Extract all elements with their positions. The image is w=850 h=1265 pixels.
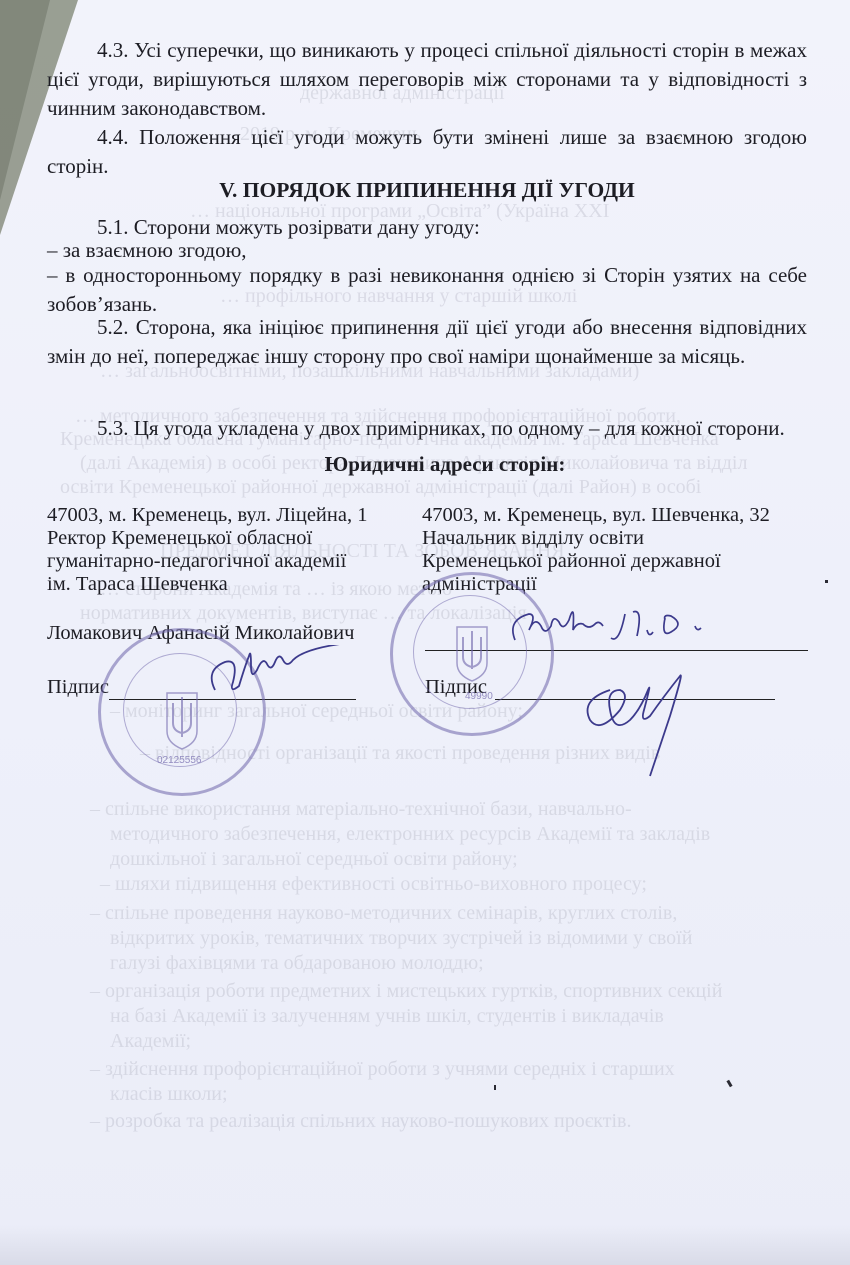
party-left-details: 47003, м. Кременець, вул. Ліцейна, 1 Рек… xyxy=(47,504,367,596)
bleed-line: Академії; xyxy=(110,1030,850,1053)
bleed-line: методичного забезпечення, електронних ре… xyxy=(110,823,850,846)
clause-5-2: 5.2. Сторона, яка ініціює припинення дії… xyxy=(47,313,807,371)
page-bottom-shadow xyxy=(0,1225,850,1265)
bleed-line: дошкільної і загальної середньої освіти … xyxy=(110,848,850,871)
bleed-line: відкритих уроків, тематичних творчих зус… xyxy=(110,927,850,950)
section-5-title: V. ПОРЯДОК ПРИПИНЕННЯ ДІЇ УГОДИ xyxy=(47,178,807,203)
svg-text:49990: 49990 xyxy=(465,691,493,702)
party-left-position-line: ім. Тараса Шевченка xyxy=(47,573,367,596)
scan-speck xyxy=(494,1085,496,1090)
bleed-line: – спільне проведення науково-методичних … xyxy=(90,902,850,925)
party-left-position-line: Ректор Кременецької обласної xyxy=(47,527,367,550)
bleed-line: – спільне використання матеріально-техні… xyxy=(90,798,850,821)
bleed-line: – розробка та реалізація спільних науков… xyxy=(90,1110,850,1133)
clause-5-3: 5.3. Ця угода укладена у двох примірника… xyxy=(47,414,807,443)
right-signature-scribble xyxy=(560,640,700,780)
party-right-position-line: Кременецької районної державної xyxy=(422,550,770,573)
clause-4-3: 4.3. Усі суперечки, що виникають у проце… xyxy=(47,36,807,123)
bleed-line: класів школи; xyxy=(110,1083,850,1106)
left-signature-scribble xyxy=(185,645,415,705)
party-right-address: 47003, м. Кременець, вул. Шевченка, 32 xyxy=(422,504,770,527)
bleed-line: на базі Академії із залученням учнів шкі… xyxy=(110,1005,850,1028)
party-left-position-line: гуманітарно-педагогічної академії xyxy=(47,550,367,573)
party-left-address: 47003, м. Кременець, вул. Ліцейна, 1 xyxy=(47,504,367,527)
trident-emblem-icon: 49990 xyxy=(393,575,551,733)
addresses-title: Юридичні адреси сторін: xyxy=(47,452,825,477)
bleed-line: – здійснення профорієнтаційної роботи з … xyxy=(90,1058,850,1081)
bleed-line: освіти Кременецької районної державної а… xyxy=(60,476,850,499)
party-right-position-line: Начальник відділу освіти xyxy=(422,527,770,550)
clause-4-4: 4.4. Положення цієї угоди можуть бути зм… xyxy=(47,123,807,181)
bleed-line: галузі фахівцями та обдарованою молоддю; xyxy=(110,952,850,975)
scan-speck xyxy=(825,580,828,583)
svg-text:02125556: 02125556 xyxy=(157,755,202,766)
bleed-line: – організація роботи предметних і мистец… xyxy=(90,980,850,1003)
corner-shadow xyxy=(0,0,50,200)
clause-5-1-option-b: – в односторонньому порядку в разі невик… xyxy=(47,261,807,319)
bleed-line: – шляхи підвищення ефективності освітньо… xyxy=(100,873,850,896)
